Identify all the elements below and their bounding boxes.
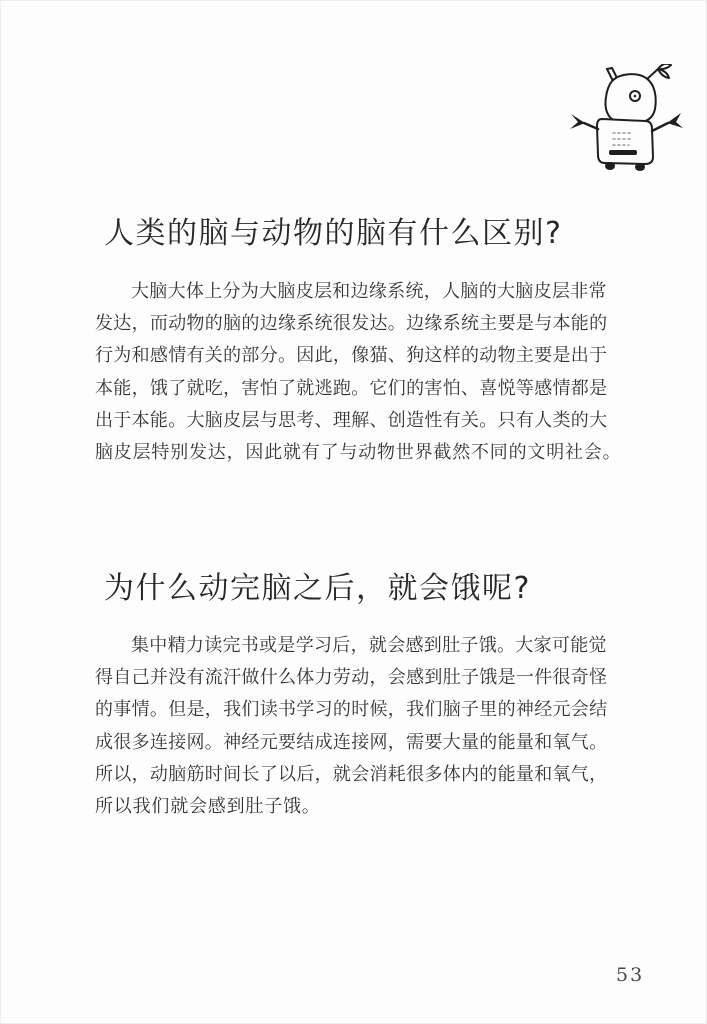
book-page: 人类的脑与动物的脑有什么区别? 大脑大体上分为大脑皮层和边缘系统，人脑的大脑皮层… — [0, 0, 707, 1024]
section-2-heading: 为什么动完脑之后，就会饿呢? — [104, 563, 531, 607]
section-1-paragraph: 大脑大体上分为大脑皮层和边缘系统，人脑的大脑皮层非常 发达，而动物的脑的边缘系统… — [95, 276, 595, 469]
text-line: 脑皮层特别发达，因此就有了与动物世界截然不同的文明社会。 — [95, 437, 595, 469]
text-line: 得自己并没有流汗做什么体力劳动，会感到肚子饿是一件很奇怪 — [95, 662, 595, 694]
text-line: 行为和感情有关的部分。因此，像猫、狗这样的动物主要是出于 — [95, 340, 595, 372]
text-line: 成很多连接网。神经元要结成连接网，需要大量的能量和氧气。 — [95, 727, 595, 759]
page-number: 53 — [616, 964, 644, 986]
text-line: 所以我们就会感到肚子饿。 — [95, 791, 595, 823]
text-line: 所以，动脑筋时间长了以后，就会消耗很多体内的能量和氧气， — [95, 759, 595, 791]
section-2-paragraph: 集中精力读完书或是学习后，就会感到肚子饿。大家可能觉 得自己并没有流汗做什么体力… — [95, 630, 595, 823]
text-line: 出于本能。大脑皮层与思考、理解、创造性有关。只有人类的大 — [95, 405, 595, 437]
text-line: 的事情。但是，我们读书学习的时候，我们脑子里的神经元会结 — [95, 694, 595, 726]
robot-doodle-illustration — [568, 64, 688, 174]
text-line: 发达，而动物的脑的边缘系统很发达。边缘系统主要是与本能的 — [95, 308, 595, 340]
text-line: 本能，饿了就吃，害怕了就逃跑。它们的害怕、喜悦等感情都是 — [95, 373, 595, 405]
section-1-heading: 人类的脑与动物的脑有什么区别? — [104, 208, 562, 252]
text-line: 大脑大体上分为大脑皮层和边缘系统，人脑的大脑皮层非常 — [95, 276, 595, 308]
text-line: 集中精力读完书或是学习后，就会感到肚子饿。大家可能觉 — [95, 630, 595, 662]
